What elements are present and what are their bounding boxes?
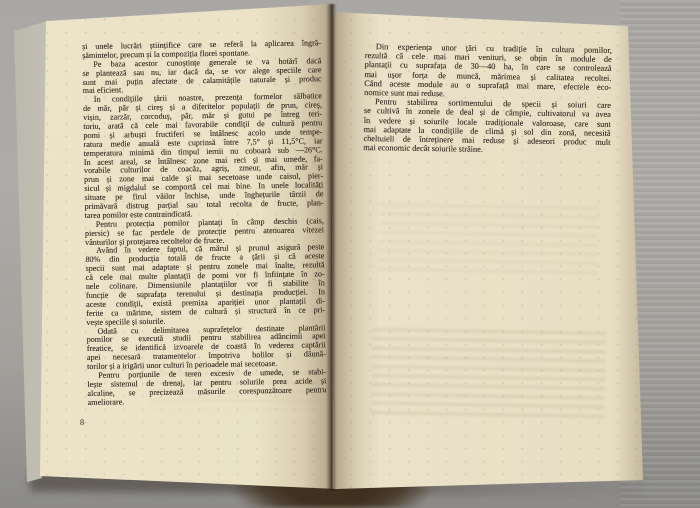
paragraph: Având în vedere faptul, că mărul și prun… <box>85 244 325 328</box>
paragraph: Odată cu delimitarea suprafețelor destin… <box>86 324 326 372</box>
show-through-texture <box>371 328 605 418</box>
paragraph: Din experiența unor țări cu tradiție în … <box>364 42 612 101</box>
paragraph: Pe baza acestor cunoștințe generale se v… <box>82 57 322 96</box>
paragraph: Pentru protecția pomilor plantați în câm… <box>85 217 324 247</box>
right-page-text: Din experiența unor țări cu tradiție în … <box>363 42 612 156</box>
paragraph: Pentru porțiunile de teren excesiv de um… <box>87 368 327 407</box>
spine-gutter-line <box>326 4 337 490</box>
paragraph: Pentru stabilirea sortimentului de speci… <box>363 97 611 156</box>
page-number: 8 <box>80 417 84 427</box>
left-page-text: și unele lucrări științifice care se ref… <box>82 39 327 407</box>
book-photo: și unele lucrări științifice care se ref… <box>0 0 700 508</box>
paragraph: În condițiile țării noastre, prezența fo… <box>83 93 324 221</box>
show-through-texture <box>379 203 598 275</box>
